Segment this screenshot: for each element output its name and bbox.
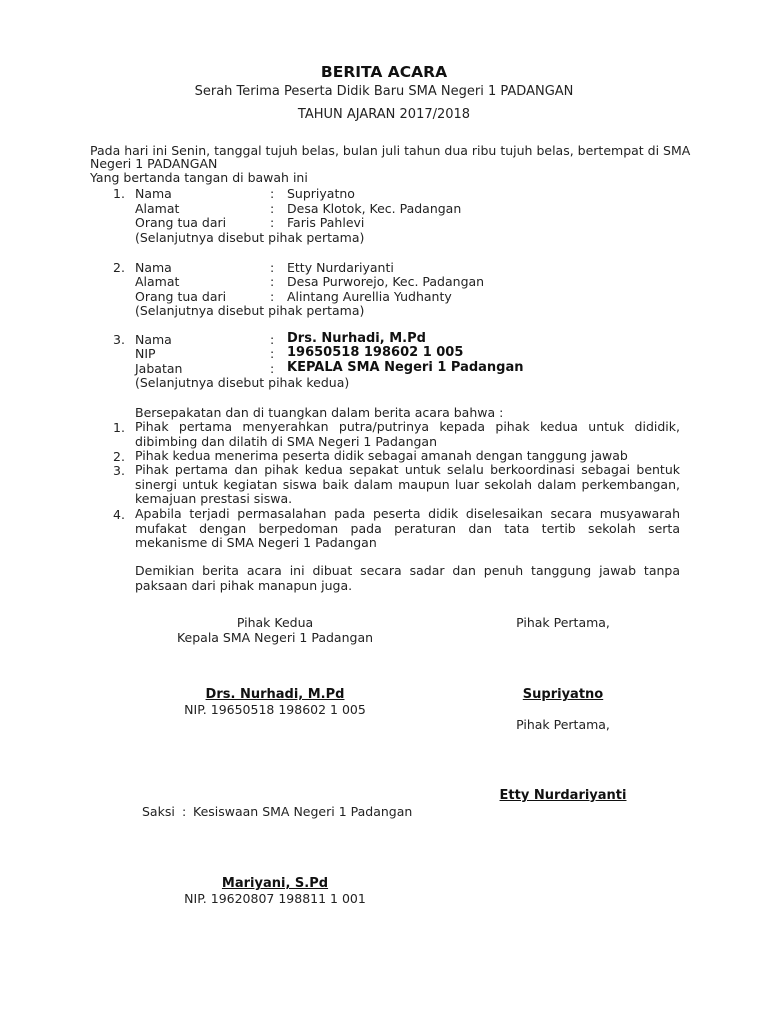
left-signatory-role: Pihak Kedua xyxy=(237,615,313,630)
right-signatory-2-role: Pihak Pertama, xyxy=(516,717,610,732)
closing-statement: Demikian berita acara ini dibuat secara … xyxy=(135,564,680,593)
party-note: (Selanjutnya disebut pihak pertama) xyxy=(135,230,364,245)
field-value: Supriyatno xyxy=(287,186,355,201)
witness-nip: NIP. 19620807 198811 1 001 xyxy=(184,891,366,906)
field-label: Nama xyxy=(135,332,172,347)
item-text: Pihak pertama menyerahkan putra/putrinya… xyxy=(135,420,680,449)
witness-description: Kesiswaan SMA Negeri 1 Padangan xyxy=(193,804,412,819)
field-label: Nama xyxy=(135,186,172,201)
item-number: 1. xyxy=(113,420,125,435)
party-number: 3. xyxy=(113,332,125,347)
field-separator: : xyxy=(270,289,274,304)
academic-year: TAHUN AJARAN 2017/2018 xyxy=(298,107,470,122)
field-label: Nama xyxy=(135,260,172,275)
party-number: 1. xyxy=(113,186,125,201)
field-value: Drs. Nurhadi, M.Pd xyxy=(287,331,426,346)
field-value: Desa Purworejo, Kec. Padangan xyxy=(287,274,484,289)
field-value: 19650518 198602 1 005 xyxy=(287,345,463,360)
item-text: Apabila terjadi permasalahan pada pesert… xyxy=(135,507,680,551)
field-label: NIP xyxy=(135,346,156,361)
field-label: Orang tua dari xyxy=(135,215,226,230)
field-separator: : xyxy=(270,361,274,376)
field-separator: : xyxy=(270,186,274,201)
field-value: KEPALA SMA Negeri 1 Padangan xyxy=(287,360,524,375)
item-number: 3. xyxy=(113,463,125,478)
item-number: 2. xyxy=(113,449,125,464)
field-label: Alamat xyxy=(135,274,179,289)
intro-line-3: Yang bertanda tangan di bawah ini xyxy=(90,171,308,186)
right-signatory-2-name: Etty Nurdariyanti xyxy=(500,788,627,803)
item-number: 4. xyxy=(113,507,125,522)
left-signatory-name: Drs. Nurhadi, M.Pd xyxy=(206,687,345,702)
left-signatory-position: Kepala SMA Negeri 1 Padangan xyxy=(177,630,373,645)
field-value: Desa Klotok, Kec. Padangan xyxy=(287,201,461,216)
field-separator: : xyxy=(270,215,274,230)
left-signatory-nip: NIP. 19650518 198602 1 005 xyxy=(184,702,366,717)
right-signatory-1-role: Pihak Pertama, xyxy=(516,615,610,630)
party-number: 2. xyxy=(113,260,125,275)
right-signatory-1-name: Supriyatno xyxy=(523,687,603,702)
witness-name: Mariyani, S.Pd xyxy=(222,876,328,891)
witness-label: Saksi xyxy=(142,804,175,819)
agreement-intro: Bersepakatan dan di tuangkan dalam berit… xyxy=(135,405,503,420)
field-value: Faris Pahlevi xyxy=(287,215,364,230)
party-note: (Selanjutnya disebut pihak kedua) xyxy=(135,375,349,390)
field-separator: : xyxy=(270,201,274,216)
field-value: Alintang Aurellia Yudhanty xyxy=(287,289,452,304)
field-value: Etty Nurdariyanti xyxy=(287,260,394,275)
witness-separator: : xyxy=(182,804,186,819)
field-separator: : xyxy=(270,346,274,361)
party-note: (Selanjutnya disebut pihak pertama) xyxy=(135,303,364,318)
field-separator: : xyxy=(270,260,274,275)
field-label: Jabatan xyxy=(135,361,182,376)
document-subtitle: Serah Terima Peserta Didik Baru SMA Nege… xyxy=(195,84,574,99)
item-text: Pihak pertama dan pihak kedua sepakat un… xyxy=(135,463,680,507)
field-label: Orang tua dari xyxy=(135,289,226,304)
field-separator: : xyxy=(270,332,274,347)
document-title: BERITA ACARA xyxy=(321,63,447,81)
field-label: Alamat xyxy=(135,201,179,216)
field-separator: : xyxy=(270,274,274,289)
